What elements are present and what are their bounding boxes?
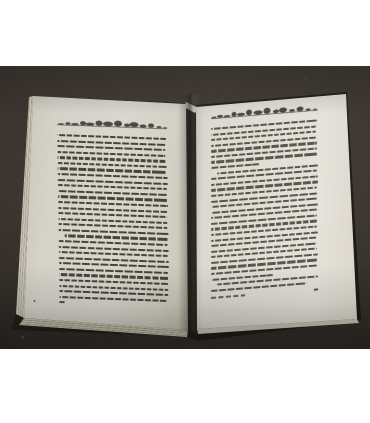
text-line	[58, 223, 167, 229]
left-page	[20, 93, 192, 333]
text-line	[59, 262, 169, 268]
gutter-shadow	[178, 94, 202, 332]
bottom-white-margin	[0, 349, 370, 423]
text-line	[59, 290, 168, 296]
text-line	[57, 134, 166, 140]
text-line	[57, 156, 165, 162]
text-line	[59, 240, 168, 246]
text-line	[59, 251, 168, 257]
text-line	[57, 145, 166, 151]
text-line	[58, 184, 167, 190]
right-page	[190, 91, 364, 336]
paper-speck	[33, 300, 35, 302]
text-line	[58, 212, 167, 218]
left-page-content	[20, 92, 195, 338]
dust-speck	[21, 336, 24, 338]
screenshot-root	[0, 0, 370, 423]
dust-speck	[305, 78, 307, 80]
top-white-margin	[0, 0, 370, 66]
text-line	[58, 173, 168, 179]
right-page-number-mark	[314, 288, 318, 290]
text-line	[65, 235, 168, 241]
left-page-text	[57, 134, 169, 305]
text-line	[211, 119, 317, 130]
right-page-text	[211, 119, 318, 295]
text-line	[58, 201, 168, 207]
left-page-number-mark	[59, 301, 64, 303]
book-photo	[0, 66, 370, 349]
right-page-content	[190, 79, 364, 338]
ornament-headpiece-left	[57, 115, 167, 130]
text-line	[59, 279, 168, 285]
signature-mark	[211, 294, 245, 299]
text-line	[211, 163, 260, 169]
text-line	[59, 296, 166, 302]
